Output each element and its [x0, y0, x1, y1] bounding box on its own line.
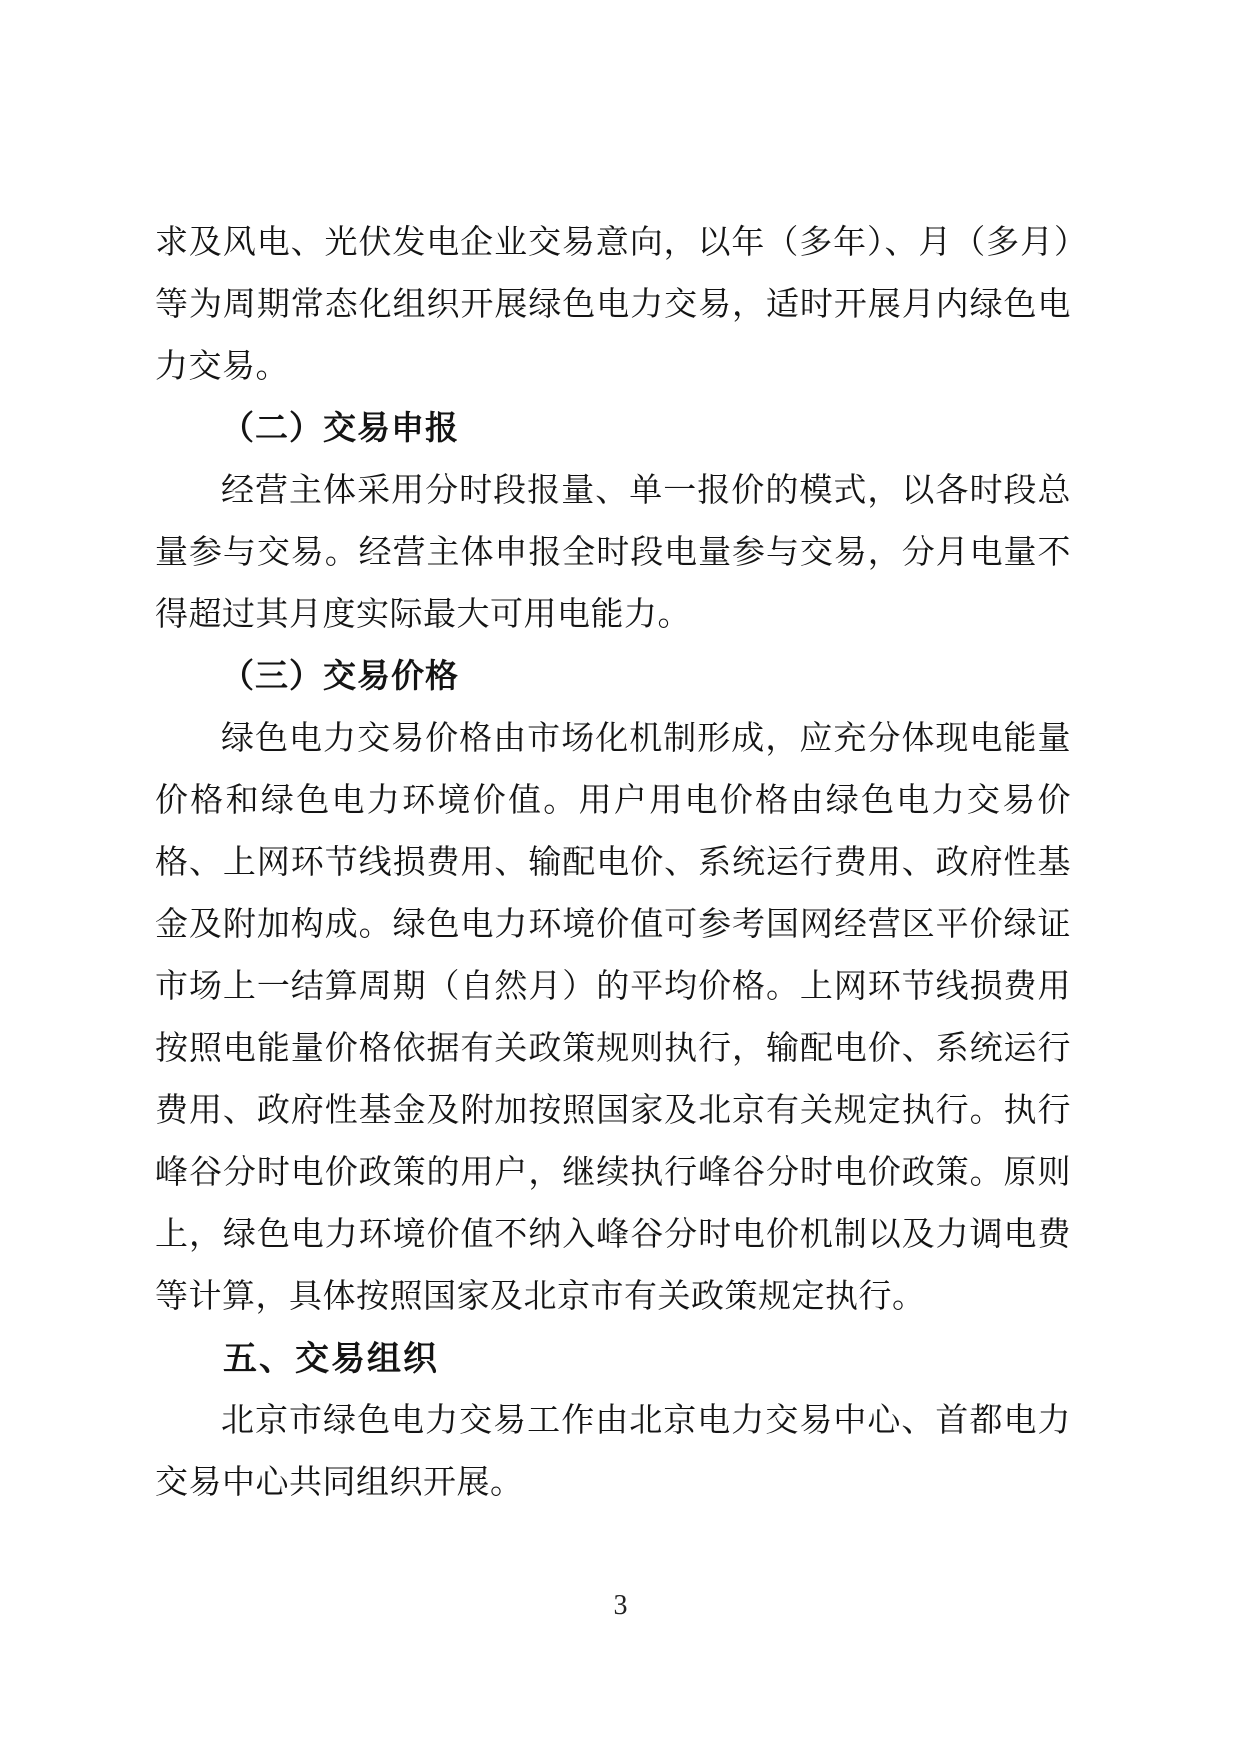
paragraph-subheading: （二）交易申报 — [155, 398, 1071, 460]
page-number: 3 — [0, 1590, 1241, 1622]
paragraph-body: 北京市绿色电力交易工作由北京电力交易中心、首都电力交易中心共同组织开展。 — [155, 1390, 1071, 1514]
document-page: 求及风电、光伏发电企业交易意向，以年（多年）、月（多月）等为周期常态化组织开展绿… — [0, 0, 1241, 1754]
document-body: 求及风电、光伏发电企业交易意向，以年（多年）、月（多月）等为周期常态化组织开展绿… — [155, 212, 1071, 1514]
paragraph-body: 绿色电力交易价格由市场化机制形成，应充分体现电能量价格和绿色电力环境价值。用户用… — [155, 708, 1071, 1328]
paragraph-body: 经营主体采用分时段报量、单一报价的模式，以各时段总量参与交易。经营主体申报全时段… — [155, 460, 1071, 646]
paragraph-subheading: （三）交易价格 — [155, 646, 1071, 708]
paragraph-body: 求及风电、光伏发电企业交易意向，以年（多年）、月（多月）等为周期常态化组织开展绿… — [155, 212, 1071, 398]
paragraph-heading: 五、交易组织 — [155, 1328, 1071, 1390]
